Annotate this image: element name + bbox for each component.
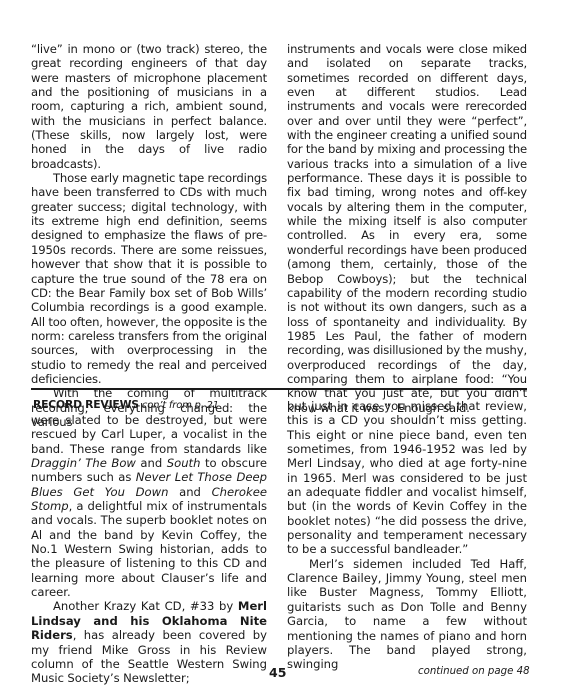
record-reviews-right-column: but just in case you missed that review,… [287,399,527,672]
song-title: Draggin’ The Bow [31,456,136,470]
section-header: RECORD REVIEWS con’t from p. 21 [33,398,267,412]
page-number: 45 [269,665,286,680]
top-article-left-column: “live” in mono or (two track) stereo, th… [31,42,267,429]
text-run: and [168,485,211,499]
paragraph: were slated to be destroyed, but were re… [31,413,267,599]
continued-note: continued on page 48 [418,666,530,677]
paragraph: Merl’s sidemen included Ted Haff, Claren… [287,557,527,672]
record-reviews-left-column: RECORD REVIEWS con’t from p. 21 were sla… [31,398,267,686]
top-article-right-column: instruments and vocals were close miked … [287,42,527,415]
text-run: Another Krazy Kat CD, #33 by [53,599,238,613]
text-run: and [136,456,167,470]
paragraph: but just in case you missed that review,… [287,399,527,557]
paragraph: “live” in mono or (two track) stereo, th… [31,42,267,171]
continued-from-reference: con’t from p. 21 [142,400,219,411]
song-title: South [167,456,201,470]
section-label: RECORD REVIEWS [33,398,139,411]
section-divider [31,388,527,390]
magazine-page: “live” in mono or (two track) stereo, th… [0,0,576,699]
text-run: , a delightful mix of instrumentals and … [31,499,267,599]
paragraph: Those early magnetic tape recordings hav… [31,171,267,386]
paragraph: Another Krazy Kat CD, #33 by Merl Lindsa… [31,599,267,685]
text-run: were slated to be destroyed, but were re… [31,413,267,456]
paragraph: instruments and vocals were close miked … [287,42,527,415]
